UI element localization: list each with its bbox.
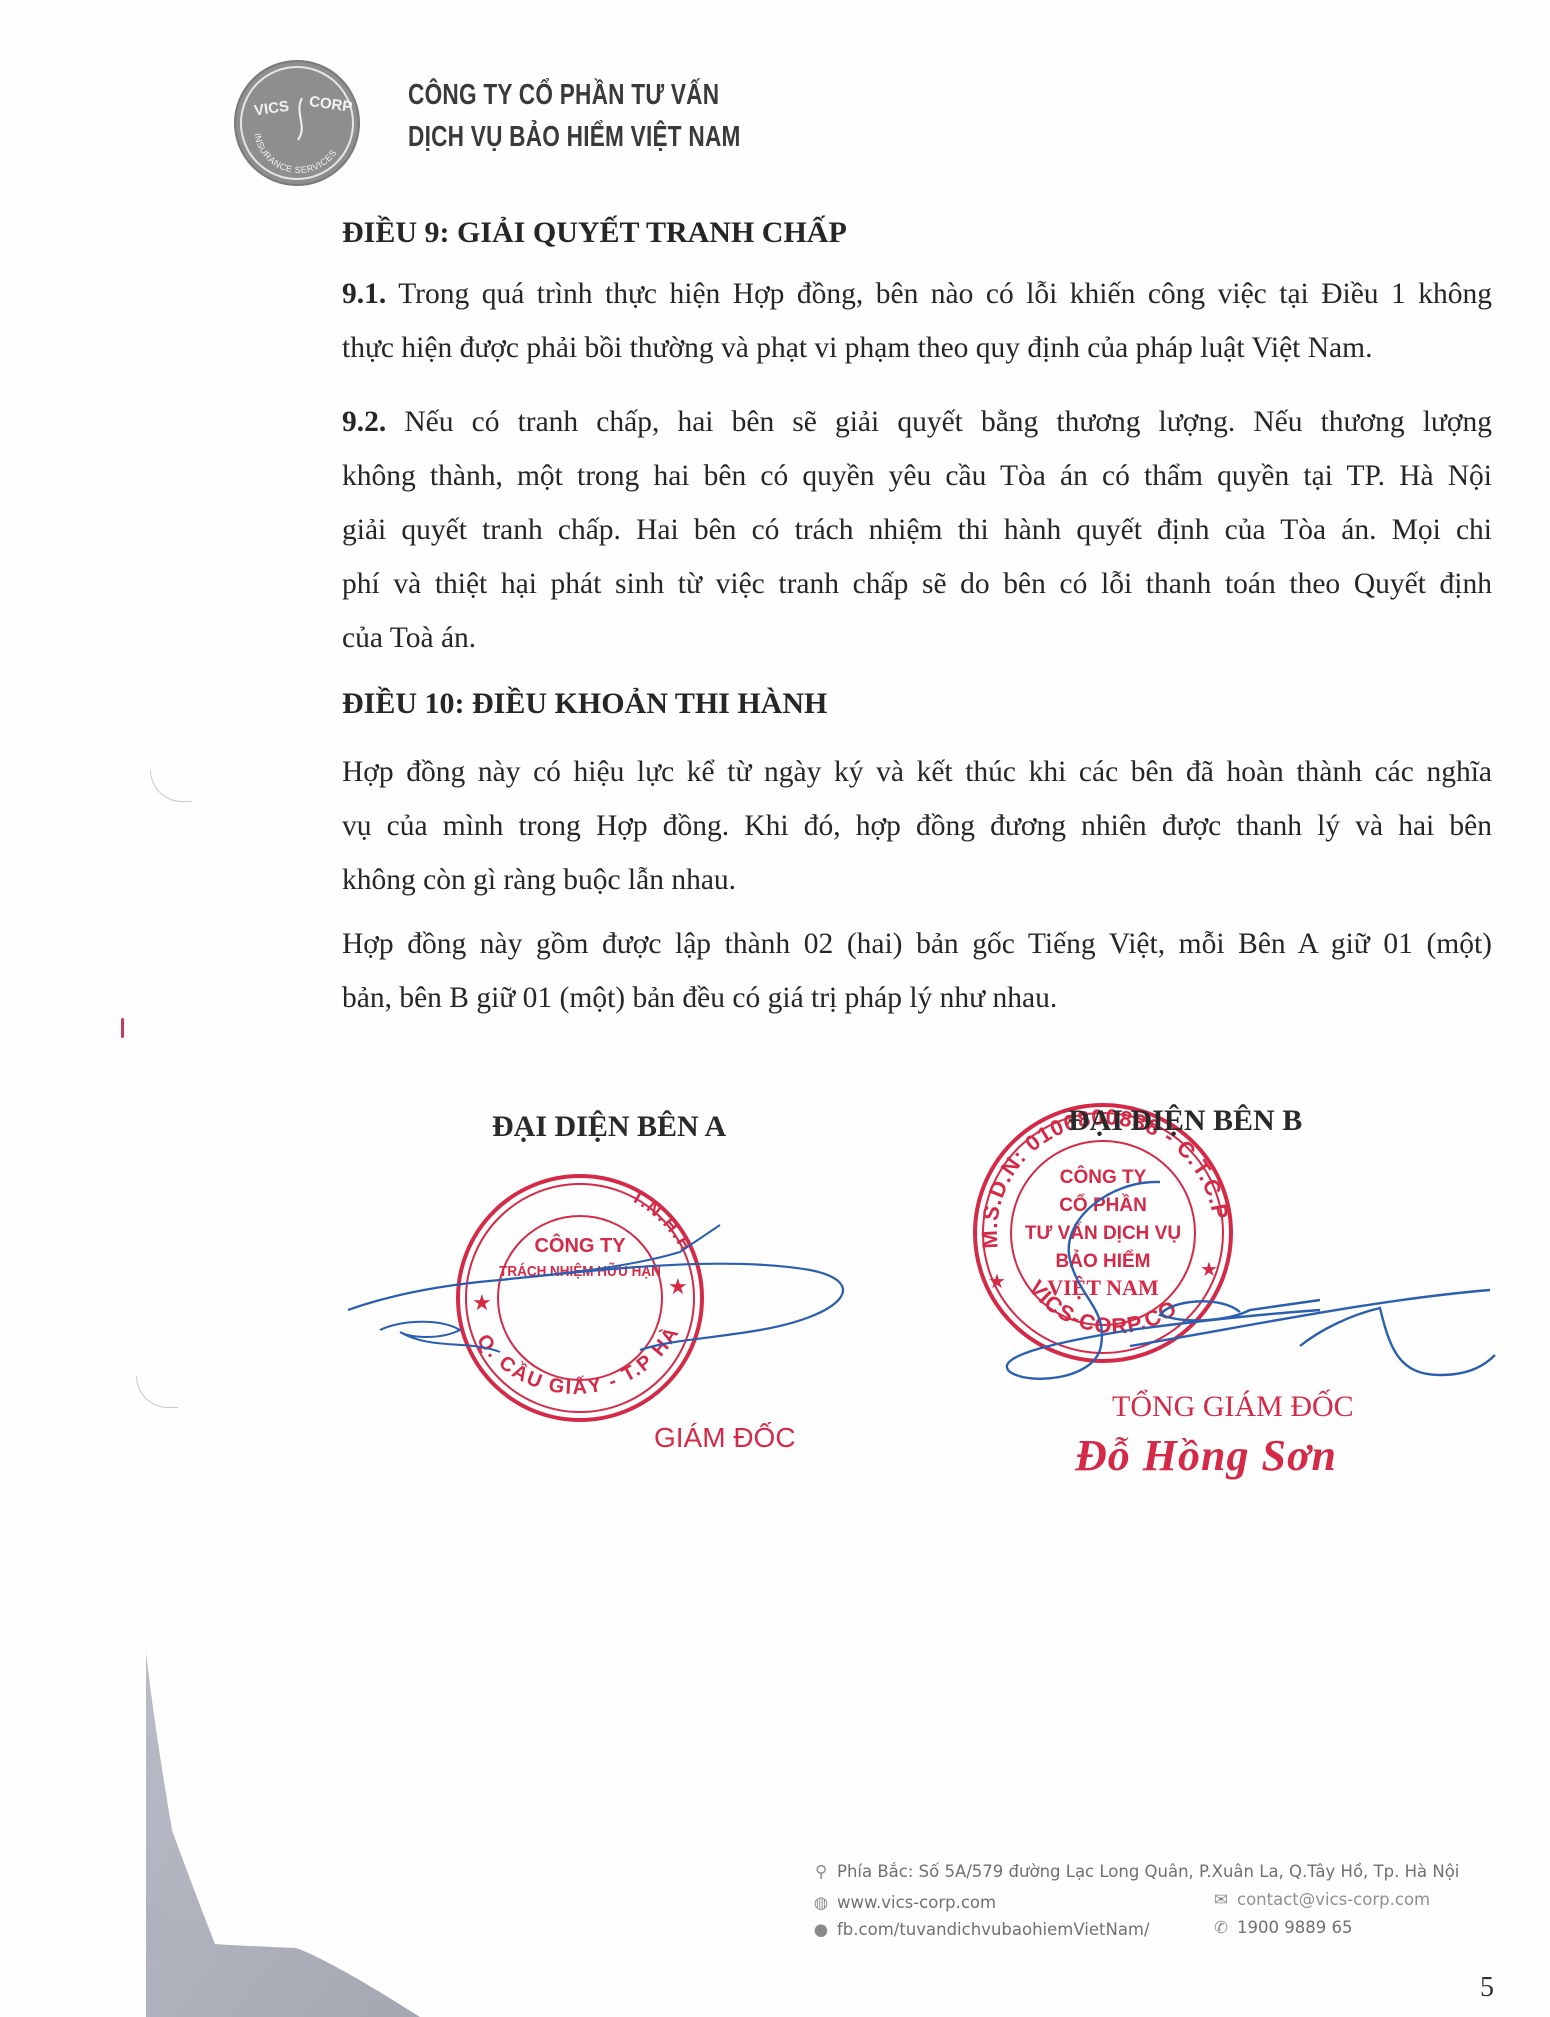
clause-9-2-line: của Toà án. bbox=[342, 611, 1492, 665]
clause-9-1: 9.1. Trong quá trình thực hiện Hợp đồng,… bbox=[342, 267, 1492, 375]
article-9-heading: ĐIỀU 9: GIẢI QUYẾT TRANH CHẤP bbox=[342, 216, 1492, 250]
footer-website[interactable]: ◍www.vics-corp.com bbox=[813, 1893, 996, 1912]
party-b-title: ĐẠI DIỆN BÊN B bbox=[1068, 1104, 1302, 1138]
clause-9-2-line: giải quyết tranh chấp. Hai bên có trách … bbox=[342, 503, 1492, 557]
map-pin-icon: ⚲ bbox=[813, 1862, 829, 1881]
article-10-paragraph-2: Hợp đồng này gồm được lập thành 02 (hai)… bbox=[342, 917, 1492, 1025]
phone-icon: ✆ bbox=[1213, 1918, 1229, 1937]
party-b-signer-name: Đỗ Hồng Sơn bbox=[1075, 1430, 1337, 1481]
article-10-heading: ĐIỀU 10: ĐIỀU KHOẢN THI HÀNH bbox=[342, 687, 1492, 721]
clause-9-2-line: phí và thiệt hại phát sinh từ việc tranh… bbox=[342, 557, 1492, 611]
red-mark bbox=[121, 1018, 124, 1038]
clause-9-2-line: 9.2. Nếu có tranh chấp, hai bên sẽ giải … bbox=[342, 395, 1492, 449]
party-b-signature bbox=[990, 1150, 1510, 1390]
mail-icon: ✉ bbox=[1213, 1890, 1229, 1909]
clause-number: 9.1. bbox=[342, 278, 386, 310]
vics-corp-logo-icon: VICS CORP INSURANCE SERVICES bbox=[232, 58, 362, 188]
clause-9-2: 9.2. Nếu có tranh chấp, hai bên sẽ giải … bbox=[342, 395, 1492, 665]
footer-phone: ✆1900 9889 65 bbox=[1213, 1918, 1352, 1937]
company-name: CÔNG TY CỔ PHẦN TƯ VẤN DỊCH VỤ BẢO HIỂM … bbox=[408, 74, 741, 158]
clause-number: 9.2. bbox=[342, 406, 386, 438]
footer-email[interactable]: ✉contact@vics-corp.com bbox=[1213, 1890, 1430, 1909]
party-a-title: ĐẠI DIỆN BÊN A bbox=[492, 1110, 726, 1144]
document-page: VICS CORP INSURANCE SERVICES CÔNG TY CỔ … bbox=[0, 0, 1550, 2017]
footer-facebook[interactable]: ●fb.com/tuvandichvubaohiemVietNam/ bbox=[813, 1920, 1150, 1939]
paragraph-line: Hợp đồng này gồm được lập thành 02 (hai)… bbox=[342, 917, 1492, 971]
globe-icon: ◍ bbox=[813, 1893, 829, 1912]
party-a-signature bbox=[340, 1200, 860, 1400]
paragraph-line: vụ của mình trong Hợp đồng. Khi đó, hợp … bbox=[342, 799, 1492, 853]
clause-9-1-line: thực hiện được phải bồi thường và phạt v… bbox=[342, 321, 1492, 375]
paragraph-line: Hợp đồng này có hiệu lực kể từ ngày ký v… bbox=[342, 745, 1492, 799]
facebook-icon: ● bbox=[813, 1920, 829, 1939]
article-10-paragraph-1: Hợp đồng này có hiệu lực kể từ ngày ký v… bbox=[342, 745, 1492, 907]
page-number: 5 bbox=[1480, 1972, 1494, 2004]
company-logo: VICS CORP INSURANCE SERVICES bbox=[232, 58, 362, 188]
company-name-line2: DỊCH VỤ BẢO HIỂM VIỆT NAM bbox=[408, 116, 741, 158]
party-a-position: GIÁM ĐỐC bbox=[654, 1422, 796, 1454]
company-name-line1: CÔNG TY CỔ PHẦN TƯ VẤN bbox=[408, 74, 741, 116]
footer-address: ⚲Phía Bắc: Số 5A/579 đường Lạc Long Quân… bbox=[813, 1862, 1459, 1881]
paragraph-line: bản, bên B giữ 01 (một) bản đều có giá t… bbox=[342, 971, 1492, 1025]
paragraph-line: không còn gì ràng buộc lẫn nhau. bbox=[342, 853, 1492, 907]
clause-9-1-line: 9.1. Trong quá trình thực hiện Hợp đồng,… bbox=[342, 267, 1492, 321]
party-b-position: TỔNG GIÁM ĐỐC bbox=[1112, 1390, 1354, 1424]
clause-9-2-line: không thành, một trong hai bên có quyền … bbox=[342, 449, 1492, 503]
